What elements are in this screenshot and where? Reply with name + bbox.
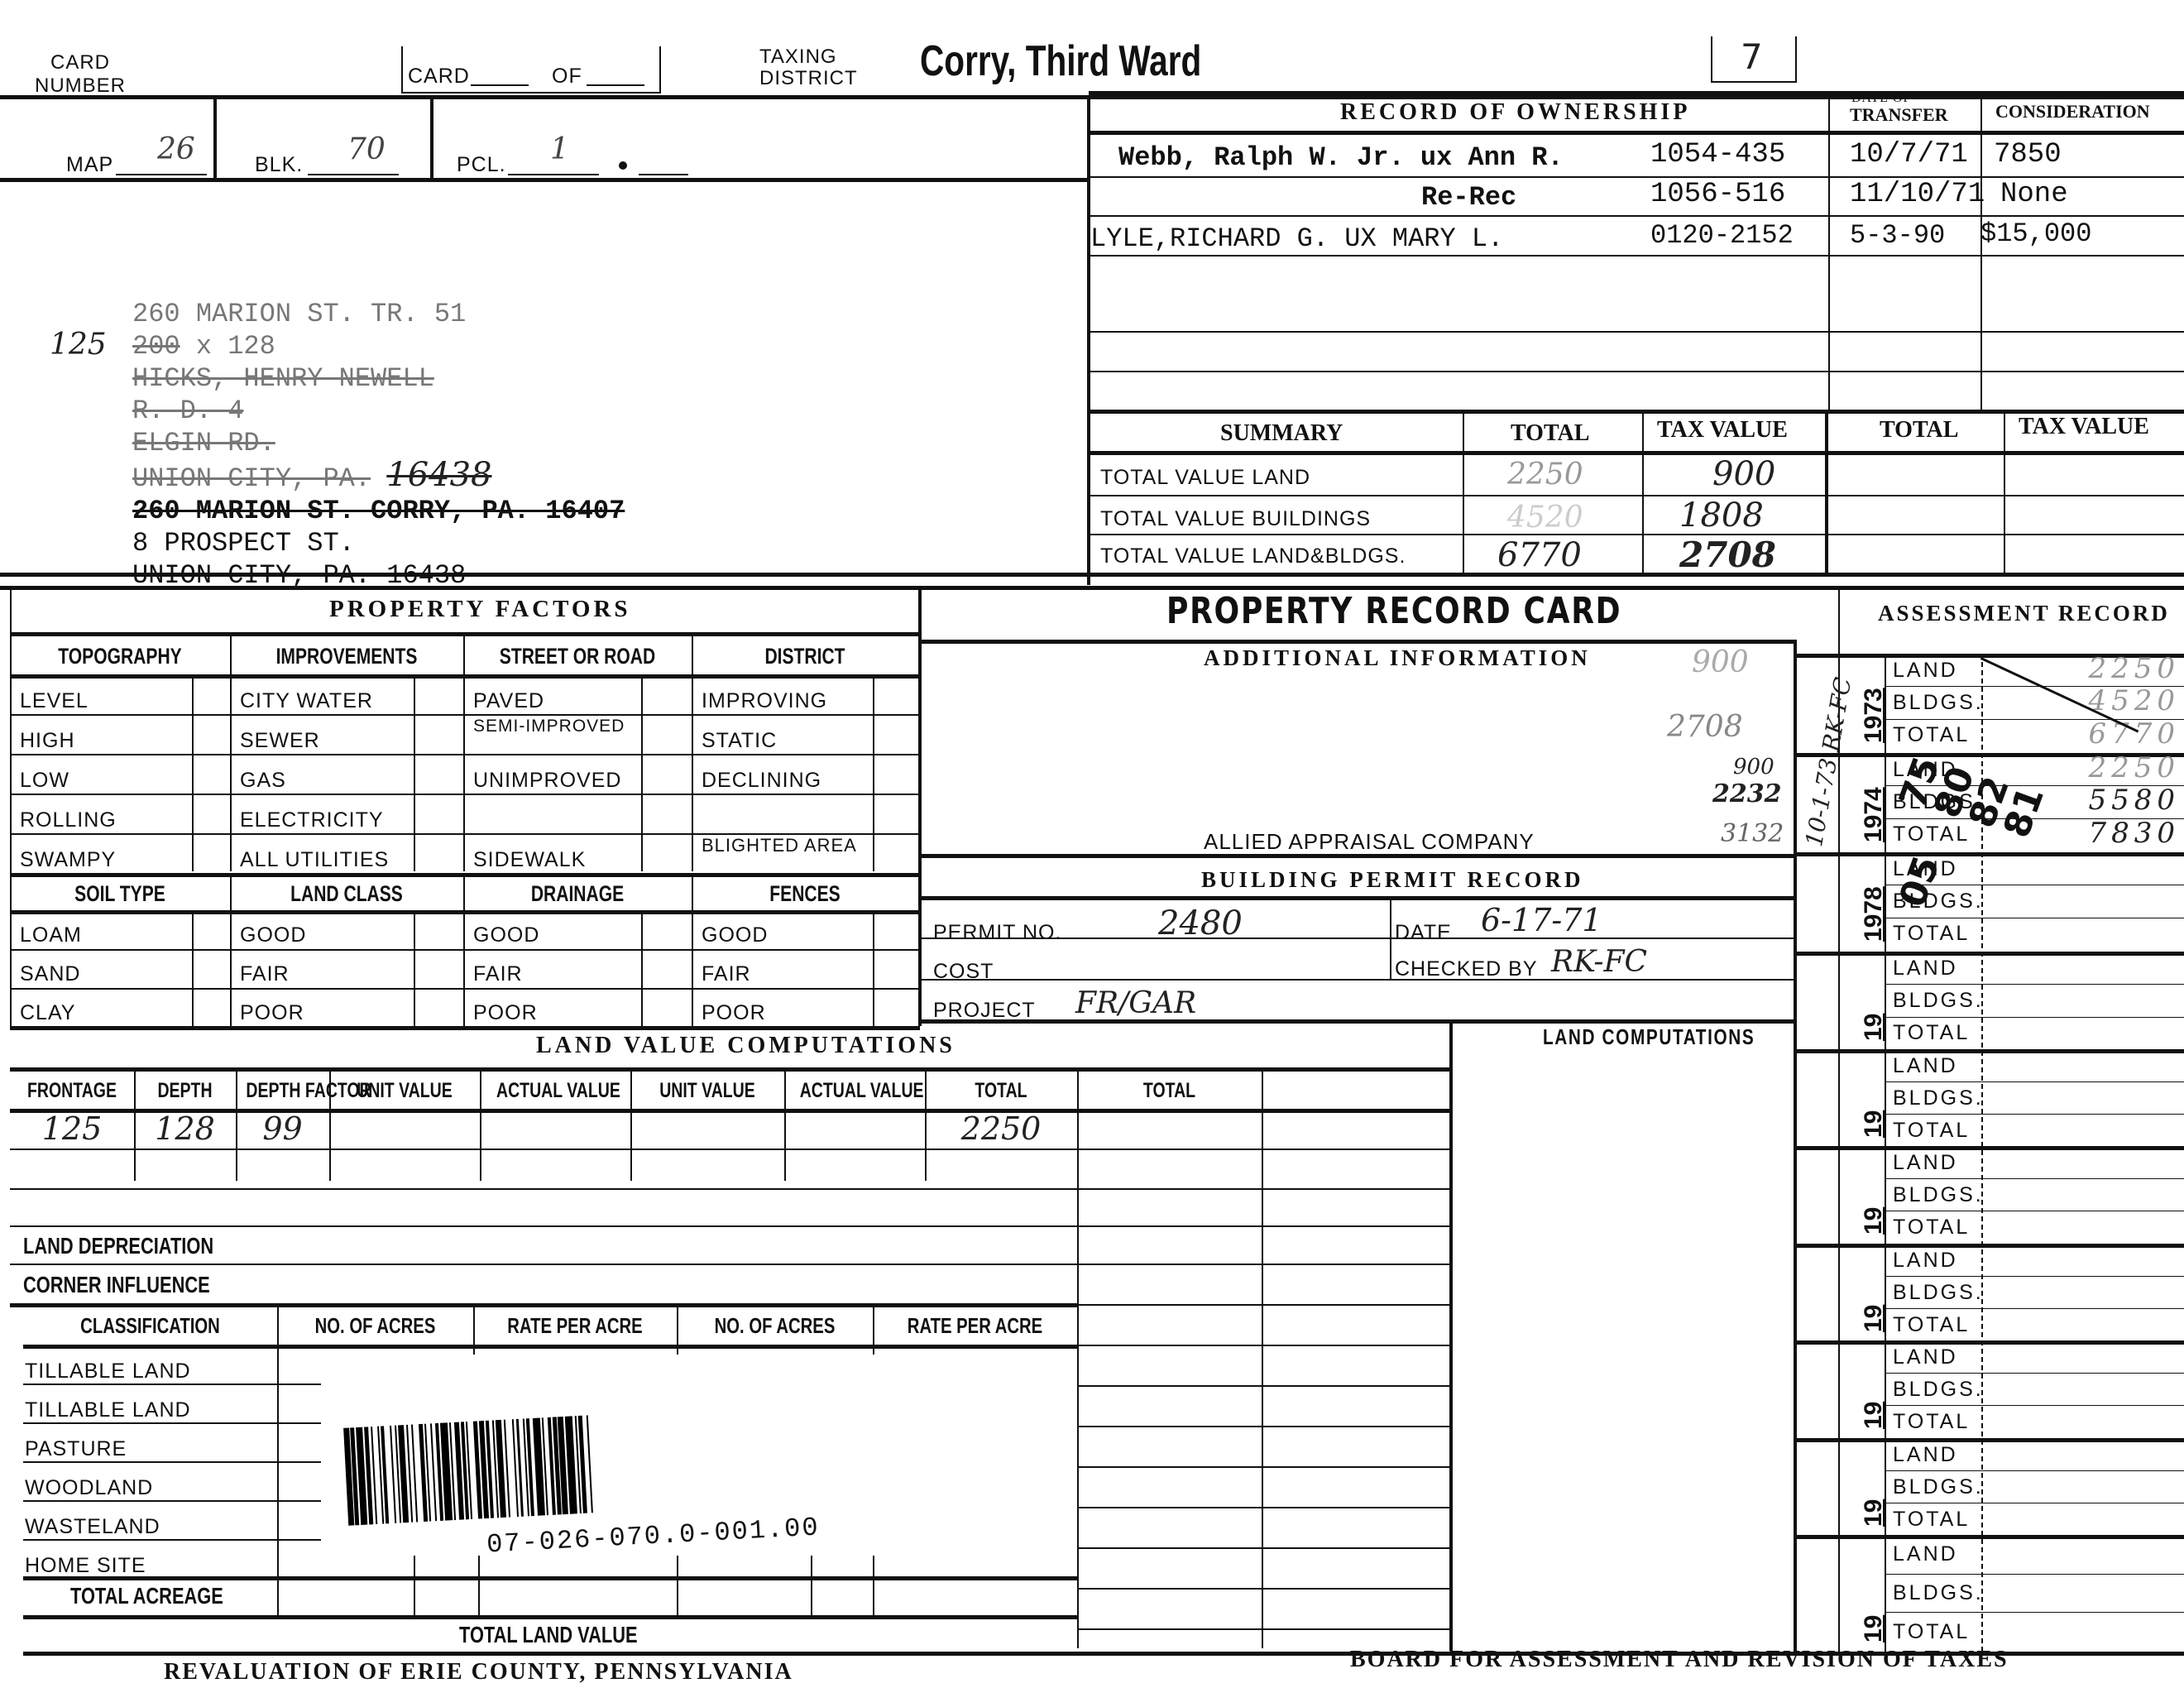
factor-checkbox[interactable]	[417, 678, 460, 711]
divider	[873, 910, 874, 1026]
assessment-value[interactable]: 5580	[2031, 784, 2180, 817]
assessment-row-label: LAND	[1893, 1443, 1958, 1467]
row-rule	[1885, 918, 2184, 918]
divider	[480, 1069, 481, 1181]
row-rule	[23, 1461, 321, 1463]
row-rule	[692, 714, 918, 716]
factor-group-header: TOPOGRAPHY	[34, 644, 205, 669]
divider	[10, 587, 12, 1026]
classification-label: WOODLAND	[25, 1476, 153, 1500]
row-rule	[1077, 1304, 1449, 1306]
address-line: ELGIN RD.	[132, 427, 625, 459]
row-rule	[1885, 1017, 2184, 1018]
factor-label: CLAY	[20, 1001, 75, 1025]
factor-checkbox[interactable]	[195, 991, 227, 1024]
factor-group-header: LAND CLASS	[256, 881, 438, 907]
row-rule	[1089, 255, 2184, 257]
summary-header: SUMMARY	[1220, 420, 1343, 447]
factor-label: ELECTRICITY	[240, 808, 384, 832]
zip-handwritten: 16438	[386, 456, 491, 494]
classification-label: PASTURE	[25, 1437, 127, 1461]
assessment-row-label: TOTAL	[1893, 1410, 1970, 1434]
divider	[641, 910, 643, 1026]
factor-checkbox[interactable]	[644, 717, 688, 750]
row-rule	[1077, 1588, 1449, 1590]
summary-tax-value: 2708	[1679, 535, 1776, 575]
assessment-row-label: LAND	[1893, 1151, 1958, 1175]
factor-checkbox[interactable]	[417, 837, 460, 870]
factor-label: SEWER	[240, 729, 320, 753]
lvc-column-header: ACTUAL VALUE	[800, 1079, 910, 1103]
row-rule	[692, 988, 918, 990]
assessment-row-label: LAND	[1893, 659, 1958, 683]
row-rule	[230, 794, 463, 795]
parcel-rule	[0, 178, 1089, 182]
row-rule	[1885, 1503, 2184, 1503]
factor-checkbox[interactable]	[876, 797, 915, 830]
assessment-year: 1978	[1860, 886, 1888, 942]
summary-tax-value: 900	[1712, 455, 1775, 493]
block-rule	[1794, 852, 2184, 856]
section-rule	[0, 586, 2184, 590]
ownership-header-rule	[1089, 131, 2184, 135]
blk-field-line	[308, 174, 399, 175]
factor-checkbox[interactable]	[417, 717, 460, 750]
row-rule	[692, 794, 918, 795]
property-factors-title: PROPERTY FACTORS	[329, 596, 631, 623]
factor-label: SIDEWALK	[473, 848, 586, 872]
address-line-dimensions: 125 200 x 128	[132, 330, 625, 362]
row-rule	[10, 949, 230, 951]
assessment-row-label: TOTAL	[1893, 922, 1970, 946]
divider	[2004, 411, 2005, 573]
row-rule	[10, 1188, 1449, 1190]
factor-label: POOR	[240, 1001, 304, 1025]
factor-checkbox[interactable]	[417, 797, 460, 830]
divider	[1642, 411, 1644, 573]
classification-label: TILLABLE LAND	[25, 1398, 191, 1422]
assessment-row-label: TOTAL	[1893, 723, 1970, 747]
row-rule	[1885, 1308, 2184, 1309]
barcode-text: 07-026-070.0-001.00	[486, 1512, 820, 1560]
checked-by-label: CHECKED BY	[1395, 957, 1538, 981]
divider	[1390, 898, 1391, 981]
assessment-row-label: BLDGS.	[1893, 1281, 1984, 1305]
assessment-row-label: BLDGS.	[1893, 1086, 1984, 1110]
row-rule	[23, 1539, 321, 1541]
divider	[478, 1556, 480, 1615]
row-rule	[1885, 1405, 2184, 1406]
factor-label: SWAMPY	[20, 848, 116, 872]
permit-date-value[interactable]: 6-17-71	[1481, 902, 1602, 938]
factor-checkbox[interactable]	[876, 757, 915, 790]
lvc-column-header: DEPTH	[146, 1079, 225, 1103]
row-rule	[1077, 1264, 1449, 1265]
lvc-cell[interactable]: 99	[236, 1110, 329, 1147]
row-rule	[463, 714, 692, 716]
factor-label: GOOD	[702, 923, 768, 947]
factor-label: HIGH	[20, 729, 75, 753]
factor-label: LEVEL	[20, 689, 89, 713]
divider	[811, 1556, 812, 1615]
footer-left: REVALUATION OF ERIE COUNTY, PENNSYLVANIA	[164, 1659, 793, 1686]
card-label: CARD	[408, 65, 470, 89]
factor-label: IMPROVING	[702, 689, 827, 713]
deed-book: 1056-516	[1650, 179, 1785, 210]
assessment-row-label: TOTAL	[1893, 1119, 1970, 1143]
rule	[10, 1303, 1077, 1307]
divider	[277, 1305, 279, 1615]
ward-number-box: 7	[1711, 36, 1797, 83]
rule	[10, 910, 920, 914]
checked-by-value[interactable]: RK-FC	[1551, 945, 1647, 979]
taxing-district-label: TAXING DISTRICT	[759, 46, 858, 89]
factor-checkbox[interactable]	[644, 914, 688, 947]
factor-checkbox[interactable]	[876, 678, 915, 711]
row-rule	[230, 754, 463, 755]
factor-label: ROLLING	[20, 808, 117, 832]
decimal-dot	[619, 161, 627, 170]
factor-checkbox[interactable]	[195, 952, 227, 985]
taxing-district-label-line2: DISTRICT	[759, 68, 858, 89]
owner-name: LYLE,RICHARD G. UX MARY L.	[1090, 223, 1503, 254]
land-depreciation-label: LAND DEPRECIATION	[23, 1233, 213, 1259]
factor-checkbox[interactable]	[195, 837, 227, 870]
divider	[192, 910, 194, 1026]
ownership-title: RECORD OF OWNERSHIP	[1340, 99, 1690, 126]
card-number-field[interactable]	[471, 84, 529, 86]
taxing-district-value: Corry, Third Ward	[920, 36, 1201, 86]
address-block: 260 MARION ST. TR. 51 125 200 x 128 HICK…	[132, 298, 625, 592]
blk-value[interactable]: 70	[347, 132, 386, 166]
summary-tax-value-header: TAX VALUE	[1657, 417, 1788, 444]
assessment-row-label: TOTAL	[1893, 1021, 1970, 1045]
transfer-date: 5-3-90	[1850, 220, 1945, 251]
factor-checkbox[interactable]	[876, 717, 915, 750]
rule	[920, 1019, 1797, 1024]
rule	[23, 1345, 1077, 1349]
assessment-row-label: BLDGS.	[1893, 989, 1984, 1013]
appraiser-name: ALLIED APPRAISAL COMPANY	[1204, 829, 1535, 855]
assessment-year: 19	[1860, 1402, 1888, 1429]
factor-checkbox[interactable]	[195, 678, 227, 711]
assessment-value[interactable]: 2250	[2031, 751, 2180, 784]
additional-note: 900	[1733, 755, 1774, 779]
divider	[213, 97, 217, 180]
assessment-value[interactable]: 6770	[2031, 717, 2180, 750]
row-rule	[230, 949, 463, 951]
total-land-value-label: TOTAL LAND VALUE	[459, 1622, 638, 1648]
row-rule	[10, 1225, 1449, 1227]
factor-group-header: FENCES	[716, 881, 893, 907]
blk-label: BLK.	[255, 153, 303, 177]
assessment-row-label: BLDGS.	[1893, 1581, 1984, 1605]
row-rule	[10, 1149, 1449, 1150]
rule	[10, 873, 920, 877]
divider	[1980, 91, 1982, 410]
factor-label: STATIC	[702, 729, 777, 753]
classification-label: WASTELAND	[25, 1515, 160, 1539]
block-rule	[1794, 1146, 2184, 1150]
assessment-year: 19	[1860, 1207, 1888, 1235]
factor-label: ALL UTILITIES	[240, 848, 389, 872]
factor-label: UNIMPROVED	[473, 769, 621, 793]
row-rule	[1089, 331, 2184, 333]
factor-checkbox[interactable]	[644, 757, 688, 790]
factor-label: GOOD	[240, 923, 306, 947]
card-number-label: CARD NUMBER	[35, 51, 126, 98]
factor-checkbox[interactable]	[644, 952, 688, 985]
row-rule	[1885, 1081, 2184, 1082]
divider	[1825, 411, 1828, 573]
block-rule	[1794, 1535, 2184, 1539]
factor-label: LOAM	[20, 923, 82, 947]
factor-checkbox[interactable]	[876, 914, 915, 947]
block-rule	[1794, 1049, 2184, 1053]
assessment-row-label: BLDGS.	[1893, 1378, 1984, 1402]
transfer-date: 10/7/71	[1850, 139, 1968, 170]
divider	[1449, 1022, 1453, 1651]
lvc-column-header: ACTUAL VALUE	[496, 1079, 614, 1103]
divider	[784, 1069, 786, 1181]
lvc-cell[interactable]: 2250	[925, 1110, 1077, 1147]
factor-checkbox[interactable]	[195, 914, 227, 947]
additional-information-title: ADDITIONAL INFORMATION	[1204, 645, 1591, 671]
lvc-column-header: TOTAL	[941, 1079, 1061, 1103]
row-rule	[10, 833, 230, 835]
lvc-column-header: UNIT VALUE	[346, 1079, 463, 1103]
assessment-row-label: TOTAL	[1893, 1620, 1970, 1644]
assessment-row-label: TOTAL	[1893, 1508, 1970, 1532]
row-rule	[1089, 534, 2184, 535]
divider	[1463, 411, 1464, 573]
summary-total-value: 2250	[1507, 458, 1583, 492]
row-rule	[1885, 1178, 2184, 1179]
factor-label: GAS	[240, 769, 286, 793]
consideration: None	[2000, 179, 2068, 210]
factor-checkbox[interactable]	[876, 952, 915, 985]
row-rule	[463, 833, 692, 835]
factor-checkbox[interactable]	[195, 717, 227, 750]
assessment-row-label: BLDGS.	[1893, 1475, 1984, 1499]
factor-label: LOW	[20, 769, 69, 793]
parcel-barcode	[343, 1415, 596, 1526]
map-label: MAP	[66, 153, 113, 177]
row-rule	[1885, 984, 2184, 985]
map-field-line	[116, 174, 207, 175]
acreage-column-header: RATE PER ACRE	[496, 1313, 654, 1339]
owner-name: Re-Rec	[1421, 182, 1516, 213]
factor-label: FAIR	[473, 962, 523, 986]
row-rule	[1077, 1507, 1449, 1508]
assessment-value[interactable]: 2250	[2031, 652, 2180, 685]
row-rule	[10, 714, 230, 716]
divider	[1828, 91, 1830, 410]
assessment-year: 19	[1860, 1499, 1888, 1527]
row-rule	[230, 833, 463, 835]
assessment-year: 19	[1860, 1615, 1888, 1642]
row-rule	[1885, 1211, 2184, 1211]
factor-label: GOOD	[473, 923, 539, 947]
transfer-date: 11/10/71	[1850, 179, 1985, 210]
row-rule	[692, 949, 918, 951]
lvc-cell[interactable]: 128	[134, 1110, 236, 1147]
classification-label: HOME SITE	[25, 1554, 146, 1578]
lvc-cell[interactable]: 125	[10, 1110, 134, 1147]
map-value[interactable]: 26	[157, 132, 195, 166]
address-line: UNION CITY, PA. 16438	[132, 459, 625, 495]
classification-label: TILLABLE LAND	[25, 1360, 191, 1383]
assessment-row-label: LAND	[1893, 957, 1958, 981]
block-rule	[1794, 952, 2184, 956]
corner-influence-label: CORNER INFLUENCE	[23, 1272, 210, 1298]
assessment-side-note: 10-1-73 RK-FC	[1800, 675, 1856, 849]
factor-label: CITY WATER	[240, 689, 373, 713]
pcl-sub-field-line	[639, 174, 688, 175]
frontage-handwritten: 125	[50, 328, 107, 361]
summary-header-rule	[1089, 451, 2184, 455]
rule	[920, 854, 1797, 858]
factor-checkbox[interactable]	[417, 914, 460, 947]
project-value[interactable]: FR/GAR	[1075, 986, 1196, 1020]
row-rule	[10, 794, 230, 795]
card-number-label-line1: CARD	[35, 51, 126, 74]
factor-checkbox[interactable]	[644, 991, 688, 1024]
acreage-column-header: NO. OF ACRES	[698, 1313, 851, 1339]
assessment-row-label: LAND	[1893, 1054, 1958, 1078]
lvc-column-header: UNIT VALUE	[647, 1079, 767, 1103]
factor-checkbox[interactable]	[644, 797, 688, 830]
permit-date-label: DATE	[1395, 921, 1452, 945]
row-rule	[1885, 1114, 2184, 1115]
factor-group-header: SOIL TYPE	[34, 881, 205, 907]
row-rule	[1885, 1373, 2184, 1374]
lvc-column-header: FRONTAGE	[24, 1079, 121, 1103]
card-total-field[interactable]	[587, 84, 644, 86]
factor-checkbox[interactable]	[876, 991, 915, 1024]
row-rule	[1077, 1628, 1449, 1630]
factor-label: FAIR	[702, 962, 751, 986]
address-line: 8 PROSPECT ST.	[132, 527, 625, 559]
factor-group-header: STREET OR ROAD	[488, 644, 666, 669]
factor-label: POOR	[702, 1001, 766, 1025]
summary-label: TOTAL VALUE LAND	[1100, 466, 1310, 490]
factor-checkbox[interactable]	[195, 797, 227, 830]
row-rule	[1089, 371, 2184, 372]
factor-checkbox[interactable]	[644, 837, 688, 870]
rule	[920, 896, 1797, 900]
assessment-row-label: TOTAL	[1893, 822, 1970, 846]
additional-note: 900	[1692, 645, 1749, 679]
block-rule	[1794, 1244, 2184, 1248]
factor-group-header: DISTRICT	[716, 644, 893, 669]
row-rule	[463, 988, 692, 990]
summary-total-value: 6770	[1497, 536, 1582, 574]
address-line: R. D. 4	[132, 395, 625, 427]
row-rule	[23, 1383, 321, 1385]
pcl-value[interactable]: 1	[550, 132, 569, 166]
factor-checkbox[interactable]	[644, 678, 688, 711]
factor-label: SAND	[20, 962, 80, 986]
rule	[10, 1067, 1449, 1072]
deed-book: 0120-2152	[1650, 220, 1794, 251]
factor-checkbox[interactable]	[417, 757, 460, 790]
factor-checkbox[interactable]	[876, 837, 915, 870]
acreage-column-header: CLASSIFICATION	[51, 1313, 249, 1339]
row-rule	[10, 1264, 1077, 1265]
assessment-row-label: BLDGS.	[1893, 1183, 1984, 1207]
assessment-value[interactable]: 4520	[2031, 684, 2180, 717]
summary-total-value: 4520	[1507, 501, 1583, 535]
assessment-value[interactable]: 7830	[2031, 817, 2180, 850]
divider	[414, 674, 415, 871]
divider	[677, 1556, 678, 1615]
dimension-text: x 128	[196, 331, 275, 362]
summary-total-header-2: TOTAL	[1880, 417, 1958, 444]
factor-label: SEMI-IMPROVED	[473, 719, 647, 734]
footer-right: BOARD FOR ASSESSMENT AND REVISION OF TAX…	[1350, 1647, 2009, 1673]
divider	[430, 97, 433, 180]
summary-tax-value: 1808	[1679, 496, 1764, 535]
card-of-box: CARD OF	[401, 46, 661, 94]
row-rule	[463, 754, 692, 755]
factor-label: POOR	[473, 1001, 538, 1025]
additional-note: 2232	[1712, 779, 1782, 808]
block-rule	[1794, 1340, 2184, 1345]
summary-tax-value-header-2: TAX VALUE	[2019, 414, 2149, 440]
row-rule	[1077, 1426, 1449, 1427]
of-label: OF	[552, 65, 582, 89]
permit-no-label: PERMIT NO.	[933, 921, 1061, 945]
ward-number: 7	[1741, 36, 1763, 77]
date-of-transfer-header: TRANSFER	[1850, 104, 1948, 126]
assessment-record-title: ASSESSMENT RECORD	[1878, 601, 2170, 626]
divider	[414, 1556, 415, 1615]
rule	[23, 1615, 1077, 1619]
factor-checkbox[interactable]	[417, 952, 460, 985]
summary-total-header: TOTAL	[1511, 420, 1589, 447]
rule	[10, 1026, 920, 1030]
row-rule	[1077, 1345, 1449, 1346]
summary-label: TOTAL VALUE BUILDINGS	[1100, 507, 1371, 531]
land-computations-title: LAND COMPUTATIONS	[1543, 1024, 1755, 1050]
factor-checkbox[interactable]	[417, 991, 460, 1024]
row-rule	[1885, 686, 2184, 687]
row-rule	[10, 754, 230, 755]
owner-name: Webb, Ralph W. Jr. ux Ann R.	[1118, 142, 1564, 173]
taxing-district-label-line1: TAXING	[759, 46, 858, 68]
factor-checkbox[interactable]	[195, 757, 227, 790]
assessment-row-label: LAND	[1893, 1542, 1958, 1566]
assessment-row-label: BLDGS.	[1893, 691, 1984, 715]
assessment-year: 19	[1860, 1305, 1888, 1332]
row-rule	[1885, 1612, 2184, 1613]
address-line-text: UNION CITY, PA.	[132, 463, 371, 494]
divider	[414, 910, 415, 1026]
row-rule	[463, 794, 692, 795]
summary-label: TOTAL VALUE LAND&BLDGS.	[1100, 544, 1406, 568]
assessment-row-label: LAND	[1893, 1345, 1958, 1369]
address-line: 260 MARION ST. TR. 51	[132, 298, 625, 330]
rule	[10, 674, 920, 679]
row-rule	[1089, 495, 2184, 496]
assessment-year: 1973	[1860, 688, 1888, 743]
additional-note: 2708	[1667, 710, 1743, 744]
assessment-year: 19	[1860, 1110, 1888, 1138]
divider	[1262, 1069, 1263, 1648]
struck-dimension: 200	[132, 331, 180, 362]
building-permit-title: BUILDING PERMIT RECORD	[1201, 867, 1584, 893]
